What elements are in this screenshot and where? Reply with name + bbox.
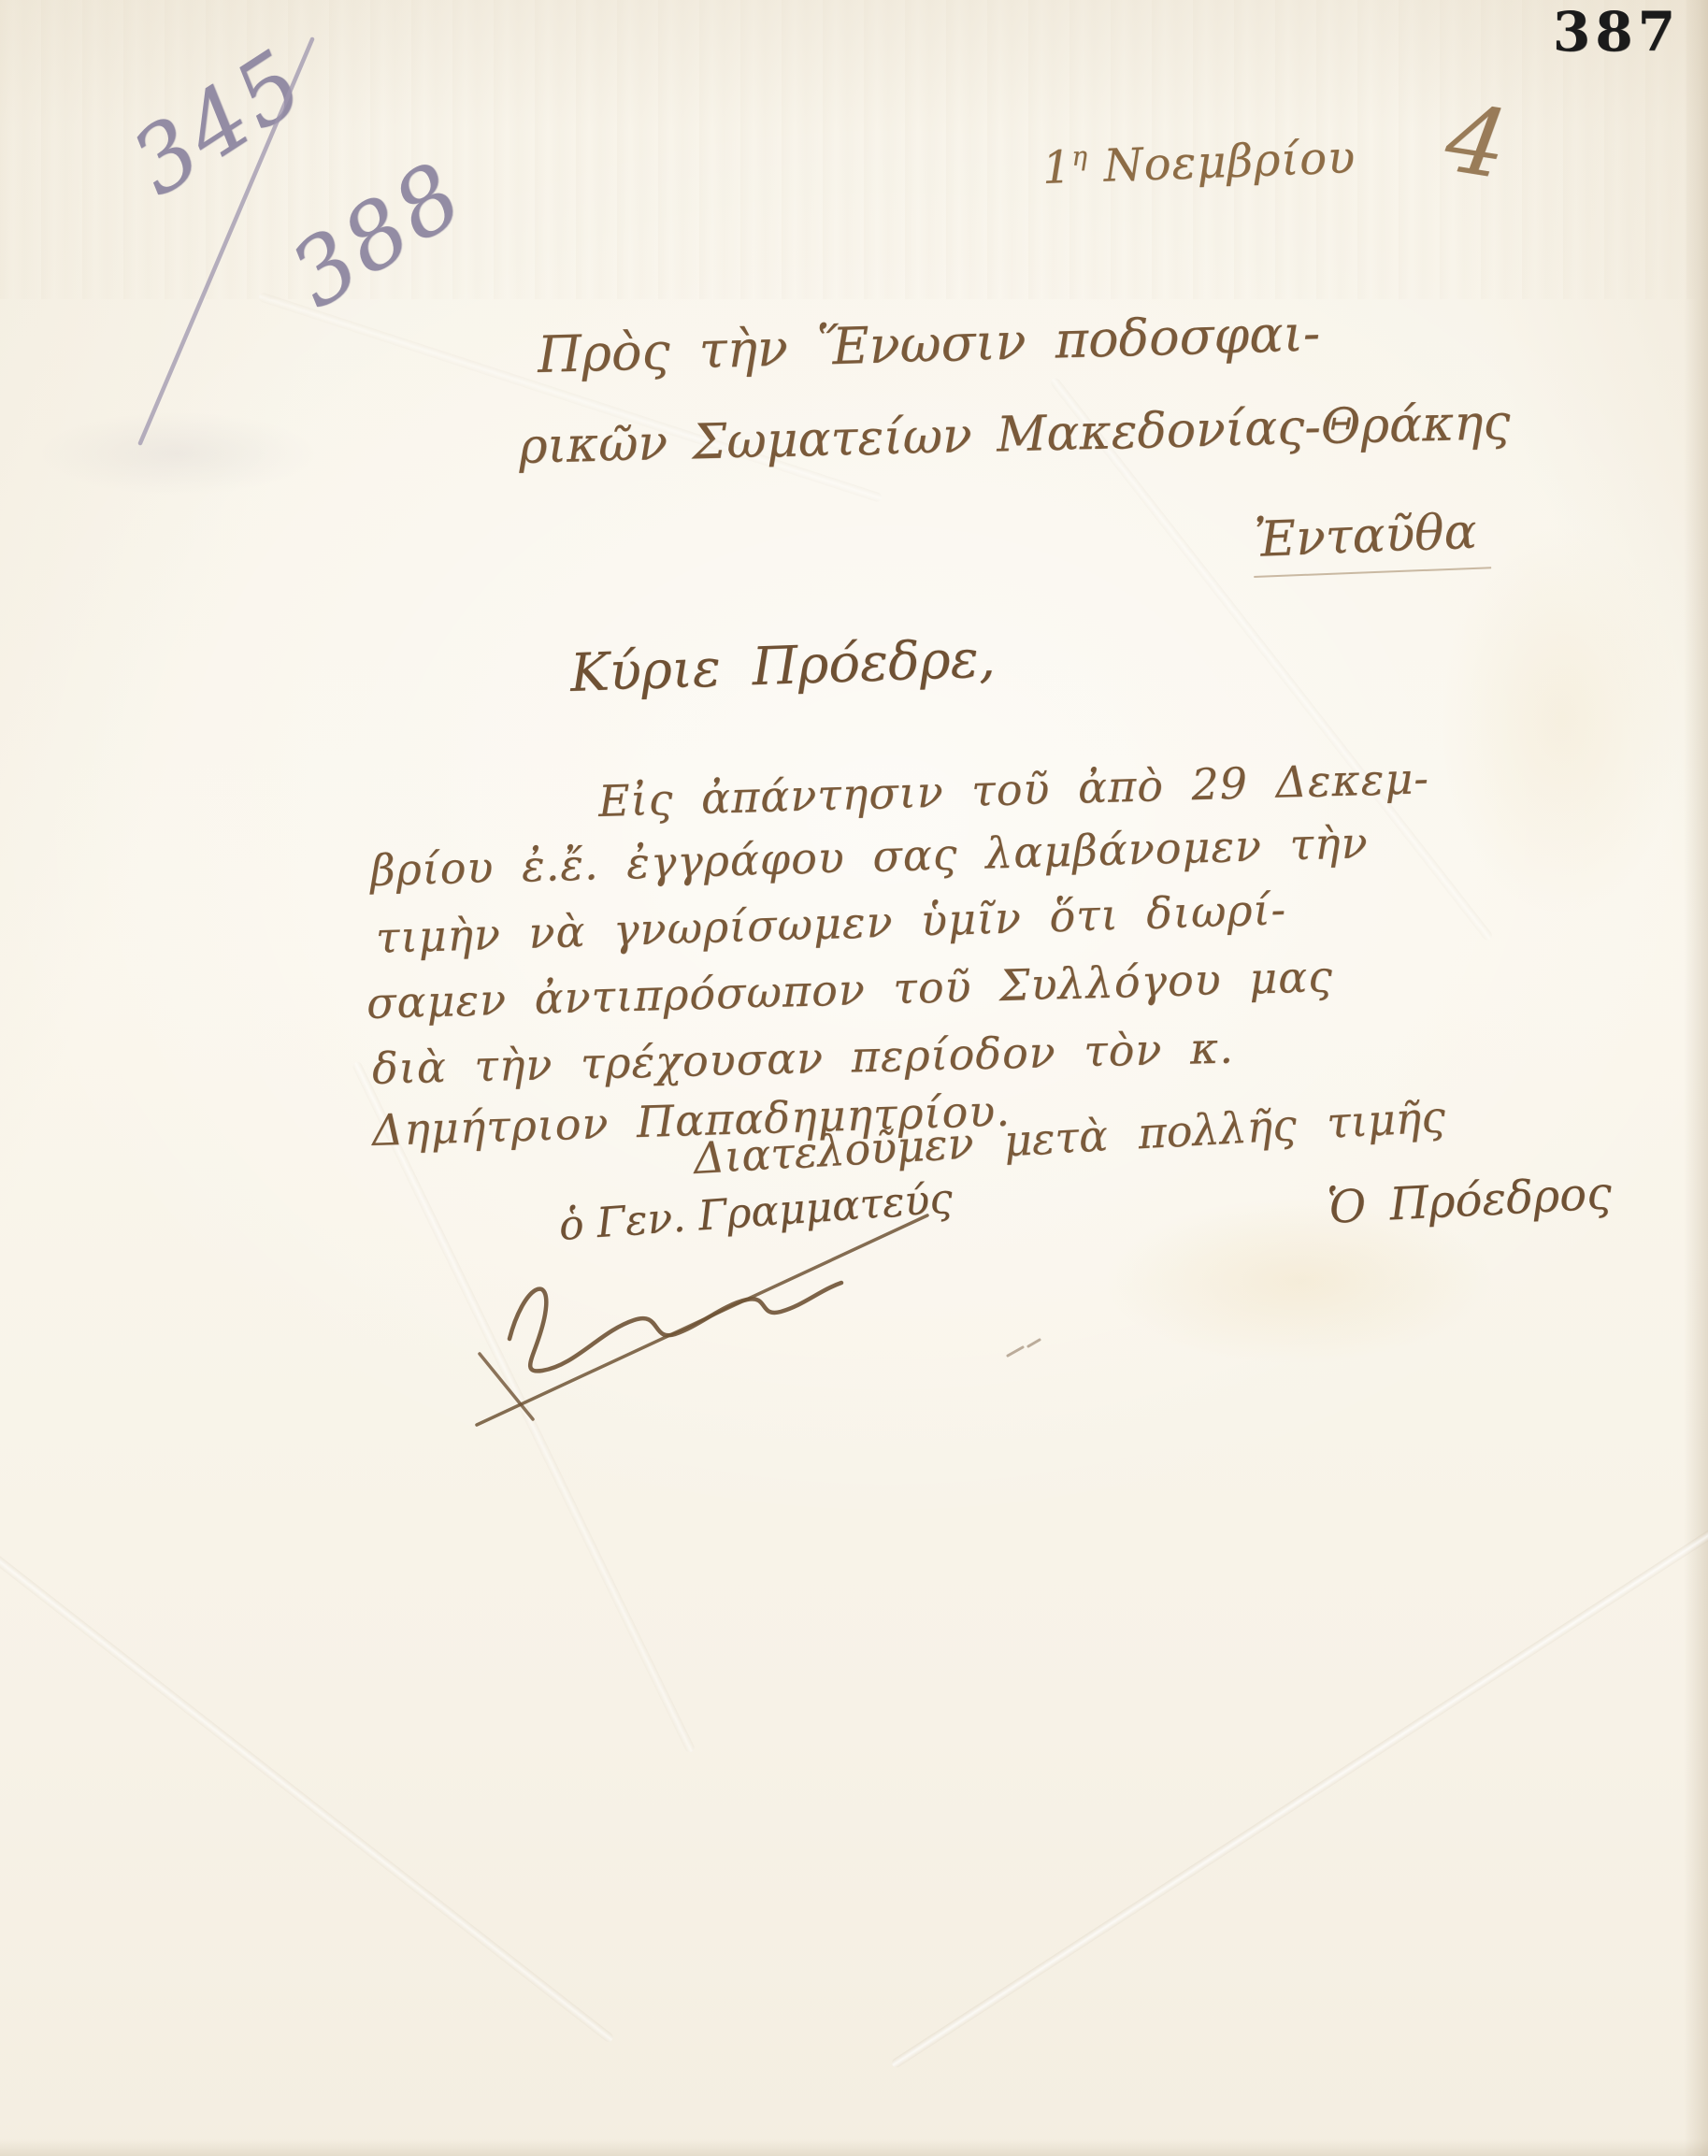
body-line: διὰ τὴν τρέχουσαν περίοδον τὸν κ.	[371, 1022, 1234, 1094]
body-line: σαμεν ἀντιπρόσωπον τοῦ Συλλόγου μας	[366, 951, 1333, 1028]
date-month: Νοεμβρίου	[1103, 131, 1357, 192]
recipient-line-1: Πρὸς τὴν Ἕνωσιν ποδοσφαι-	[537, 304, 1321, 384]
date-day-suffix: η	[1071, 140, 1089, 172]
small-ink-marks	[1008, 1340, 1040, 1356]
date-day: 1	[1041, 141, 1072, 194]
paper-stain	[1440, 524, 1683, 916]
recipient-place: Ἐνταῦθα	[1252, 503, 1491, 578]
paper-crease	[0, 1518, 615, 2044]
president-title: Ὁ Πρόεδρος	[1327, 1167, 1614, 1234]
paper-edge-right	[1684, 0, 1708, 2156]
signature-underline-flourish	[477, 1215, 927, 1425]
scanned-letter-page: 387 345 388 1η Νοεμβρίου 4 Πρὸς τὴν Ἕνωσ…	[0, 0, 1708, 2156]
pencil-smudge	[37, 411, 318, 496]
paper-edge-bottom	[0, 2139, 1708, 2156]
date-line: 1η Νοεμβρίου	[1041, 131, 1356, 194]
signature-cross-stroke	[480, 1354, 533, 1419]
paper-crease	[890, 1400, 1708, 2069]
secretary-signature-scrawl	[510, 1283, 841, 1371]
body-line: τιμὴν νὰ γνωρίσωμεν ὑμῖν ὅτι διωρί-	[375, 884, 1287, 963]
paper-crease	[352, 1060, 696, 1753]
secretary-title: ὁ Γεν. Γραμματεύς	[557, 1175, 954, 1250]
recipient-line-2: ρικῶν Σωματείων Μακεδονίας-Θράκης	[518, 395, 1511, 475]
body-line: Εἰς ἀπάντησιν τοῦ ἀπὸ 29 Δεκεμ-	[597, 753, 1429, 826]
body-line: βρίου ἐ.ἔ. ἐγγράφου σας λαμβάνομεν τὴν	[369, 817, 1369, 896]
salutation: Κύριε Πρόεδρε,	[569, 628, 997, 704]
archive-number-stamp: 387	[1553, 0, 1680, 64]
